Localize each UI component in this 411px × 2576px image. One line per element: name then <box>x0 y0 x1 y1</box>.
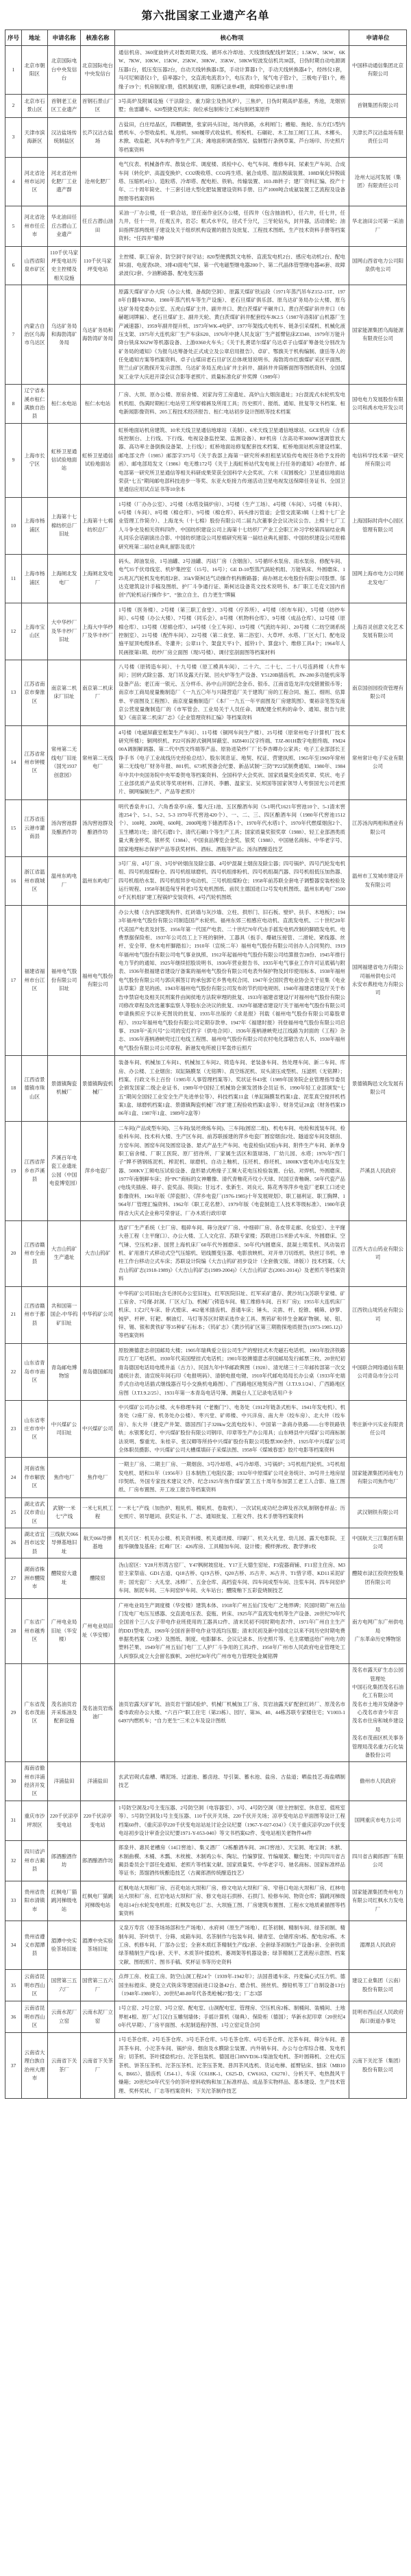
row-no: 29 <box>5 1664 22 1762</box>
row-applicant: 枣庄新中兴实业有限责任公司 <box>349 1401 407 1458</box>
header-approved-name: 核准名称 <box>81 30 115 46</box>
row-apply-name: 共和国第一国企-中华钨矿旧址 <box>48 1286 81 1343</box>
row-no: 18 <box>5 1056 22 1122</box>
table-row: 37云南省大理白族自治州大理市云南省下关茶厂云南省下关茶厂1号毛茶仓库、2号毛茶… <box>5 2033 407 2099</box>
row-approved-name: 云南省下关茶厂 <box>81 2033 115 2099</box>
table-row: 1北京市朝阳区北京国际电台中央发信台北京国际电台中央发信台通信机房、360度旋转… <box>5 46 407 95</box>
row-no: 14 <box>5 725 22 799</box>
row-core-items: 原胶澳德意志帝国邮局大楼；1905年瑞典爱立信公司生产的壁挂式木壳磁石电话机、1… <box>115 1343 349 1400</box>
row-apply-name: 红枫电厂猫跳河梯级电站 <box>48 1881 81 1921</box>
row-region: 上海市长宁区 <box>22 423 48 497</box>
row-apply-name: 桓仁水电站 <box>48 385 81 424</box>
row-apply-name: 上海闸北发电厂 <box>48 554 81 603</box>
row-apply-name: 北京国际电台中央发信台 <box>48 46 81 95</box>
row-region: 福建省福州市台江区 <box>22 905 48 1055</box>
row-applicant: 国网重庆市电力公司 <box>349 1801 407 1841</box>
row-applicant: 四川省古蔺郎酒厂有限公司 <box>349 1841 407 1881</box>
row-region: 北京市石景山区 <box>22 94 48 117</box>
row-region: 云南省昆明市西山区 <box>22 2001 48 2033</box>
row-approved-name: 一米七轧机工程 <box>81 1497 115 1528</box>
row-applicant: 国网福建省电力有限公司福州供电公司 永安市燕桂电力有限公司 <box>349 905 407 1055</box>
table-row: 18江西省景德镇市珠山区景德镇陶瓷机械厂景德镇陶瓷机械厂装备车间、机械加工车间1… <box>5 1056 407 1122</box>
row-approved-name: 大吉山钨矿 <box>81 1220 115 1286</box>
row-approved-name: 福州电气股份有限公司 <box>81 905 115 1055</box>
row-approved-name: 萍乡电瓷厂 <box>81 1121 115 1220</box>
table-row: 2北京市石景山区首钢老工业区工业遗产首钢石景山厂区3号高炉及附属设施（干法除尘、… <box>5 94 407 117</box>
row-no: 1 <box>5 46 22 95</box>
row-no: 16 <box>5 856 22 905</box>
table-row: 4河北省沧州市运河区河北省沧州化肥厂工业遗产群沧州化肥厂电气仪表、机械备件库、散… <box>5 158 407 206</box>
row-core-items: 点焊工房、校直工房、防空山洞工程24个（1939年-1942年）；法国普通车床、… <box>115 1970 349 2001</box>
table-row: 29广东省茂名市茂南区茂名油页岩开采炼油及配套设施茂名油页岩炼油厂油页岩露天矿矿… <box>5 1664 407 1762</box>
row-applicant: 茂名市露天矿生态公园管理处 中国石化集团茂名石油化工有限公司 茂名市土地开发储备… <box>349 1664 407 1762</box>
row-approved-name: 上海闸北发电厂 <box>81 554 115 603</box>
row-region: 云南省大理白族自治州大理市 <box>22 2033 48 2099</box>
row-region: 重庆市沙坪坝区 <box>22 1801 48 1841</box>
row-applicant: 儋州市人民政府 <box>349 1762 407 1801</box>
table-row: 28广东省广州市越秀区广州电业局旧址（华安楼）广州电业局旧址（华安楼）广州电业局… <box>5 1598 407 1664</box>
row-no: 13 <box>5 660 22 726</box>
heritage-table: 序号 地址 申请名称 核准名称 核心物项 申请单位 1北京市朝阳区北京国际电台中… <box>5 29 407 2099</box>
row-region: 河南省焦作市解放区 <box>22 1458 48 1498</box>
row-approved-name: 焦作电厂 <box>81 1458 115 1498</box>
row-applicant: 江西大吉山钨业有限公司 <box>349 1220 407 1286</box>
row-no: 11 <box>5 554 22 603</box>
table-row: 27湖南省株洲市醴陵市醴陵窑大遗址醴陵窑沩山窑区：Y28月形湾古窑厂、Y47枫树… <box>5 1558 407 1599</box>
row-region: 江西省萍乡市芦溪县 <box>22 1121 48 1220</box>
heritage-table-body: 1北京市朝阳区北京国际电台中央发信台北京国际电台中央发信台通信机房、360度旋转… <box>5 46 407 2099</box>
table-row: 10上海市杨浦区上海第十七棉纺织总厂旧址上海第十七棉纺织总厂1号楼（厂办办公室）… <box>5 497 407 554</box>
row-core-items: 3号厂房、4号厂房、3号炉砖烟囱及除尘器、4号炉混凝土烟囱及除尘器；四号锅炉、四… <box>115 856 349 905</box>
row-approved-name: 虹桥卫星通信试验地面站 <box>81 423 115 497</box>
row-no: 23 <box>5 1401 22 1458</box>
row-no: 17 <box>5 905 22 1055</box>
row-region: 湖北省武汉市青山区 <box>22 1497 48 1528</box>
table-row: 30海南省儋州市洋浦经济开发区洋浦盐田洋浦盐田玄武岩砚式盐槽、晒泥场、过滤池、蓄… <box>5 1762 407 1801</box>
row-region: 北京市朝阳区 <box>22 46 48 95</box>
row-core-items: 主控楼、职工宿舍、防空洞守岗守站；820型便携凯文电桥、直流发电机2台、感应电动… <box>115 246 349 285</box>
row-approved-name: 洋浦盐田 <box>81 1762 115 1801</box>
row-applicant: 常州常计电子实业有限公司 <box>349 725 407 799</box>
row-core-items: 选矿厂生产系统（主厂房、粗碎车间、筛分洗矿厂房、中细碎厂房、各皮带走廊、化验室）… <box>115 1220 349 1286</box>
row-apply-name: 三线航天066导弹基地旧址 <box>48 1528 81 1558</box>
table-row: 17福建省福州市台江区福州电气股份有限公司旧址福州电气股份有限公司办公大楼（含内… <box>5 905 407 1055</box>
row-core-items: 采油一厂办公楼，任一联合站，原任南作业区办公楼，任四井（包含抽油机），任六井，任… <box>115 206 349 247</box>
row-applicant: 江西铁山垅钨业有限公司 <box>349 1286 407 1343</box>
row-apply-name: 福州电气股份有限公司旧址 <box>48 905 81 1055</box>
row-region: 贵州省贵阳市清镇市 <box>22 1881 48 1921</box>
row-apply-name: 茂名油页岩开采炼油及配套设施 <box>48 1664 81 1762</box>
row-no: 32 <box>5 1841 22 1881</box>
row-apply-name: 焦作电厂 <box>48 1458 81 1498</box>
table-row: 16浙江省温州市鹿城区温州东屿电厂温州东屿电厂3号厂房、4号厂房、3号炉砖烟囱及… <box>5 856 407 905</box>
row-applicant: 中国航天三江集团有限公司 <box>349 1528 407 1558</box>
row-applicant: 国电电力发展股份有限公司和禹水电开发公司 <box>349 385 407 424</box>
row-approved-name: 云南水泥厂立窑 <box>81 2001 115 2033</box>
row-no: 21 <box>5 1286 22 1343</box>
row-core-items: 八号楼（原铸造车间）、十九号楼（原工模具车间）、二十六、二十七、二十八号连跨楼（… <box>115 660 349 726</box>
table-row: 19江西省萍乡市芦溪县芦溪百年电瓷工业遗址公园（中国电瓷博览园）萍乡电瓷厂二车间… <box>5 1121 407 1220</box>
row-apply-name: 景德镇陶瓷机械厂 <box>48 1056 81 1122</box>
row-applicant: 华北油田公司第一采油厂 <box>349 206 407 247</box>
row-no: 2 <box>5 94 22 117</box>
row-no: 9 <box>5 423 22 497</box>
row-region: 上海市宝山区 <box>22 603 48 660</box>
table-row: 26湖北省宜昌市远安县三线航天066导弹基地旧址航天066导弹基地机关片区：机关… <box>5 1528 407 1558</box>
row-core-items: 郎泉井、惠民老槽房（14口窖池）、集义酒厂（2栋酿酒车间、28口窖池）、天宝洞、… <box>115 1841 349 1881</box>
row-region: 江西省赣州市于都县 <box>22 1286 48 1343</box>
row-approved-name: 醴陵窑 <box>81 1558 115 1599</box>
row-no: 25 <box>5 1497 22 1528</box>
row-region: 江西省景德镇市珠山区 <box>22 1056 48 1122</box>
row-apply-name: 青岛邮电博物馆 <box>48 1343 81 1400</box>
row-core-items: 装备车间、机械加工车间1、机械加工车间2、铸造车间、老装备车间、热处理车间、新二… <box>115 1056 349 1122</box>
row-approved-name: 广州电业局旧址（华安楼） <box>81 1598 115 1664</box>
row-apply-name: 郎酒酿酒作坊 <box>48 1841 81 1881</box>
table-header-row: 序号 地址 申请名称 核准名称 核心物项 申请单位 <box>5 30 407 46</box>
table-row: 33贵州省贵阳市清镇市红枫电厂猫跳河梯级电站红枫电厂猫跳河梯级电站红枫电站大坝和… <box>5 1881 407 1921</box>
row-region: 广东省茂名市茂南区 <box>22 1664 48 1762</box>
row-region: 四川省泸州市古蔺县 <box>22 1841 48 1881</box>
row-apply-name: 广州电业局旧址（华安楼） <box>48 1598 81 1664</box>
row-approved-name: 上海大中华纱厂及华丰纱厂 <box>81 603 115 660</box>
row-apply-name: 醴陵窑大遗址 <box>48 1558 81 1599</box>
row-region: 湖北省宜昌市远安县 <box>22 1528 48 1558</box>
row-core-items: 3号高炉及附属设施（干法除尘、重力除尘及热风炉），三焦炉，日伪时期高炉基座，秀池… <box>115 94 349 117</box>
row-core-items: 中华钨矿公司旧址(含毛泽民办公室旧址)、红军医院旧址、红军采矿遗存、黄沙坑口(苏… <box>115 1286 349 1343</box>
table-row: 13江苏省南京市秦淮区南京第二机床厂旧址南京第二机床厂八号楼（原铸造车间）、十九… <box>5 660 407 726</box>
row-no: 5 <box>5 206 22 247</box>
row-apply-name: 大吉山钨矿生产遗址 <box>48 1220 81 1286</box>
row-no: 35 <box>5 1970 22 2001</box>
row-approved-name: 汤沟窖池群及酿酒作坊 <box>81 799 115 856</box>
table-row: 20江西省赣州市全南县大吉山钨矿生产遗址大吉山钨矿选矿厂生产系统（主厂房、粗碎车… <box>5 1220 407 1286</box>
row-no: 3 <box>5 117 22 158</box>
row-approved-name: 桓仁水电站 <box>81 385 115 424</box>
row-no: 34 <box>5 1921 22 1970</box>
row-applicant: 上海国际时尚中心园区管理有限公司 <box>349 497 407 554</box>
row-no: 27 <box>5 1558 22 1599</box>
row-core-items: 中兴煤矿公司办公楼、火车修理车间（“老衡门”）、电务处（1912年链条式桁车、1… <box>115 1401 349 1458</box>
row-approved-name: 220千伏凉亭变电站 <box>81 1801 115 1841</box>
row-approved-name: 青岛德国邮局 <box>81 1343 115 1400</box>
row-apply-name: 南京第二机床厂旧址 <box>48 660 81 726</box>
table-row: 11上海市杨浦区上海闸北发电厂上海闸北发电厂码头、卸油泵房、1号油罐、2号油罐、… <box>5 554 407 603</box>
row-core-items: 1号楼（医务楼）、2号楼（第三职工食堂）、3号楼（疗养所）、4号楼（织布车间）、… <box>115 603 349 660</box>
row-region: 贵州省遵义市湄潭县 <box>22 1921 48 1970</box>
row-apply-name: 中兴煤矿公司旧址 <box>48 1401 81 1458</box>
row-apply-name: 110千伏马家坪变电站历史主控楼及相关设施 <box>48 246 81 285</box>
row-region: 天津市滨海新区 <box>22 117 48 158</box>
row-applicant: 南方电网广东广州供电局 广东革命历史博物馆 <box>349 1598 407 1664</box>
header-applicant: 申请单位 <box>349 30 407 46</box>
row-apply-name: 洋浦盐田 <box>48 1762 81 1801</box>
row-region: 河北省沧州市任丘市 <box>22 206 48 247</box>
row-no: 30 <box>5 1762 22 1801</box>
row-region: 山东省青岛市市南区 <box>22 1343 48 1400</box>
table-row: 21江西省赣州市于都县共和国第一国企-中华钨矿旧址中华钨矿公司中华钨矿公司旧址(… <box>5 1286 407 1343</box>
row-region: 辽宁省本溪市桓仁满族自治县 <box>22 385 48 424</box>
row-region: 湖南省株洲市醴陵市 <box>22 1558 48 1599</box>
row-apply-name: 云南省下关茶厂 <box>48 2033 81 2099</box>
row-region: 浙江省温州市鹿城区 <box>22 856 48 905</box>
row-no: 24 <box>5 1458 22 1498</box>
row-no: 36 <box>5 2001 22 2033</box>
row-no: 28 <box>5 1598 22 1664</box>
row-region: 山东省枣庄市市中区 <box>22 1401 48 1458</box>
row-region: 山西省阳泉市矿区 <box>22 246 48 285</box>
row-core-items: 广州电业局生产调度楼（华安楼）建筑本体、1918年广州五仙门发电厂之地界碑；民国… <box>115 1598 349 1664</box>
row-approved-name: 景德镇陶瓷机械厂 <box>81 1056 115 1122</box>
row-approved-name: 沧州化肥厂 <box>81 158 115 206</box>
table-row: 24河南省焦作市解放区焦作电厂焦作电厂一期主厂房、二期主厂房、一期烟囱、3号冷却… <box>5 1458 407 1498</box>
row-region: 江苏省常州市钟楼区 <box>22 725 48 799</box>
row-applicant: 首钢集团有限公司 <box>349 94 407 117</box>
row-core-items: “一米七”产线（加热炉、粗轧机、精轧机、卷取机）、一次试轧成功纪念碑及首次轧制钢… <box>115 1497 349 1528</box>
row-applicant: 武汉钢铁有限公司 <box>349 1497 407 1528</box>
table-row: 31重庆市沙坪坝区220千伏凉亭变电站220千伏凉亭变电站1号防空洞及2号主变压… <box>5 1801 407 1841</box>
row-core-items: 油页岩露天矿矿坑、油页岩干馏试验炉、机械厂机械加工厂房、页岩油露天矿配套红砖厂、… <box>115 1664 349 1762</box>
row-applicant: 沧州大运河发展（集团）有限责任公司 <box>349 158 407 206</box>
row-no: 19 <box>5 1121 22 1220</box>
row-core-items: 虹桥地面站机房建筑、10米天线卫星通信地球站（美制）、6米天线卫星通信地球站、G… <box>115 423 349 497</box>
row-core-items: 义泉万寿宫（原茶场场部和生产场地）、水府祠（原生产场地）、红茶初制、精制车间、绿… <box>115 1921 349 1970</box>
row-core-items: 电气仪表、机械备件库、散装仓库、调度楼、质检中心、电气车间、维修车间、尿素生产车… <box>115 158 349 206</box>
table-row: 35云南省昆明市西山区国营第三五六厂国营第三五六厂点焊工房、校直工房、防空山洞工… <box>5 1970 407 2001</box>
row-apply-name: 上海第十七棉纺织总厂旧址 <box>48 497 81 554</box>
row-no: 15 <box>5 799 22 856</box>
row-approved-name: 上海第十七棉纺织总厂 <box>81 497 115 554</box>
row-region: 上海市杨浦区 <box>22 497 48 554</box>
row-apply-name: 温州东屿电厂 <box>48 856 81 905</box>
row-applicant: 南京国创园投资管理有限公司 <box>349 660 407 726</box>
row-core-items: 1号楼（厂办办公室）、2号楼（水塔及锅炉房）、3号楼（生产工场）、4号楼（车间）… <box>115 497 349 554</box>
row-no: 37 <box>5 2033 22 2099</box>
row-applicant: 中国移动通信集团北京有限公司 <box>349 46 407 95</box>
header-core-items: 核心物项 <box>115 30 349 46</box>
row-core-items: 机关片区：机关办公楼、机关资料楼、机关通讯楼、印刷厂、机关大礼堂、幼儿园、露天电… <box>115 1528 349 1558</box>
row-applicant: 国网山西省电力公司阳泉供电公司 <box>349 246 407 285</box>
row-approved-name: 常州第二无线电厂 <box>81 725 115 799</box>
row-apply-name: 湄潭中央实验茶场旧址 <box>48 1921 81 1970</box>
row-applicant: 湄潭县人民政府 <box>349 1921 407 1970</box>
row-core-items: 明代香泉井1口、六角香泉亭1座、鏊大汪1池、五区酿酒车间（5-1明代1621年窖… <box>115 799 349 856</box>
row-apply-name: 国营第三五六厂 <box>48 1970 81 2001</box>
table-row: 25湖北省武汉市青山区武钢“一米七”产线一米七轧机工程“一米七”产线（加热炉、粗… <box>5 1497 407 1528</box>
row-no: 7 <box>5 285 22 385</box>
header-no: 序号 <box>5 30 22 46</box>
row-applicant: 国家能源集团贵州电力有限公司红枫水力发电厂 <box>349 1881 407 1921</box>
row-applicant: 天津长芦汉沽盐场有限责任公司 <box>349 117 407 158</box>
table-row: 22山东省青岛市市南区青岛邮电博物馆青岛德国邮局原胶澳德意志帝国邮局大楼；190… <box>5 1343 407 1400</box>
row-apply-name: 汤沟窖池群及酿酒作坊 <box>48 799 81 856</box>
row-no: 31 <box>5 1801 22 1841</box>
row-no: 33 <box>5 1881 22 1921</box>
row-region: 江西省赣州市全南县 <box>22 1220 48 1286</box>
row-core-items: 1号防空洞及2号主变压器、2号防空洞（电容器室）、3号、4号防空洞（原主控制室、… <box>115 1801 349 1841</box>
row-core-items: 原露天煤矿矿办大院（办公大楼、备战防空洞）、原露天煤矿铁运段（1971年蒸汽吊车… <box>115 285 349 385</box>
row-approved-name: 长芦汉沽古盐场 <box>81 117 115 158</box>
row-apply-name: 芦溪百年电瓷工业遗址公园（中国电瓷博览园） <box>48 1121 81 1220</box>
row-approved-name: 110千伏马家坪变电站 <box>81 246 115 285</box>
row-applicant: 昆明市西山区人民政府海口街道办事处 <box>349 2001 407 2033</box>
row-approved-name: 温州东屿电厂 <box>81 856 115 905</box>
row-applicant: 电信科学技术第一研究所有限公司 <box>349 423 407 497</box>
table-row: 15江苏省连云港市灌南县汤沟窖池群及酿酒作坊汤沟窖池群及酿酒作坊明代香泉井1口、… <box>5 799 407 856</box>
row-approved-name: 国营第三五六厂 <box>81 1970 115 2001</box>
table-row: 6山西省阳泉市矿区110千伏马家坪变电站历史主控楼及相关设施110千伏马家坪变电… <box>5 246 407 285</box>
row-region: 河北省沧州市运河区 <box>22 158 48 206</box>
row-apply-name: 华北油田任丘古潜山工业遗产 <box>48 206 81 247</box>
row-no: 4 <box>5 158 22 206</box>
row-applicant: 醴陵市渌江投资控股集团有限公司 <box>349 1558 407 1599</box>
table-row: 5河北省沧州市任丘市华北油田任丘古潜山工业遗产任丘古潜山油田采油一厂办公楼，任一… <box>5 206 407 247</box>
row-no: 12 <box>5 603 22 660</box>
row-applicant: 云南下关沱茶（集团）股份有限公司 <box>349 2033 407 2099</box>
row-region: 江苏省南京市秦淮区 <box>22 660 48 726</box>
row-apply-name: 常州第二无线电厂旧址（国光1937创意园） <box>48 725 81 799</box>
row-region: 云南省昆明市西山区 <box>22 1970 48 2001</box>
row-approved-name: 中兴煤矿公司 <box>81 1401 115 1458</box>
row-applicant: 芦溪县人民政府 <box>349 1121 407 1220</box>
row-no: 6 <box>5 246 22 285</box>
header-apply-name: 申请名称 <box>48 30 81 46</box>
row-core-items: 1号毛茶仓库、2号毛茶仓库、3号毛茶仓库、5号毛茶仓库、6号毛茶仓库、沱茶车间、… <box>115 2033 349 2099</box>
row-approved-name: 湄潭中央实验茶场旧址 <box>81 1921 115 1970</box>
document-page: 第六批国家工业遗产名单 序号 地址 申请名称 核准名称 核心物项 申请单位 1北… <box>0 0 411 2576</box>
row-apply-name: 云南水泥厂立窑 <box>48 2001 81 2033</box>
row-apply-name: 汉沽盐场传统制盐区 <box>48 117 81 158</box>
row-approved-name: 南京第二机床厂 <box>81 660 115 726</box>
row-apply-name: 大中华纱厂及华丰纱厂旧址 <box>48 603 81 660</box>
table-row: 23山东省枣庄市市中区中兴煤矿公司旧址中兴煤矿公司中兴煤矿公司办公楼、火车修理车… <box>5 1401 407 1458</box>
row-core-items: 沩山窑区：Y28月形湾古窑厂、Y47枫树坡窑址、Y17王大德生窑址、F3瓷器商铺… <box>115 1558 349 1599</box>
row-region: 海南省儋州市洋浦经济开发区 <box>22 1762 48 1801</box>
row-region: 江苏省连云港市灌南县 <box>22 799 48 856</box>
row-region: 内蒙古自治区乌海市乌达区 <box>22 285 48 385</box>
row-approved-name: 航天066导弹基地 <box>81 1528 115 1558</box>
row-core-items: 办公大楼（含内部建筑构件、红砖墙与灰沙墙、立柱、拱形门、旧石板、壁炉、扶手、木地… <box>115 905 349 1055</box>
row-approved-name: 郎酒酿酒作坊 <box>81 1841 115 1881</box>
row-core-items: 通信机房、360度旋转式对数周期天线、循环水冷却池、天线馈线配线杆架区；1.5K… <box>115 46 349 95</box>
row-apply-name: 虹桥卫星通信试验地面站 <box>48 423 81 497</box>
row-apply-name: 乌达矿务局和海勃湾矿务局 <box>48 285 81 385</box>
table-row: 9上海市长宁区虹桥卫星通信试验地面站虹桥卫星通信试验地面站虹桥地面站机房建筑、1… <box>5 423 407 497</box>
table-row: 34贵州省遵义市湄潭县湄潭中央实验茶场旧址湄潭中央实验茶场旧址义泉万寿宫（原茶场… <box>5 1921 407 1970</box>
row-applicant: 景德镇陶邑文化发展有限公司 <box>349 1056 407 1122</box>
row-applicant: 江苏汤沟两相和酒业有限公司 <box>349 799 407 856</box>
row-approved-name: 茂名油页岩炼油厂 <box>81 1664 115 1762</box>
row-applicant: 中国联合网络通信有限公司青岛市分公司 <box>349 1343 407 1400</box>
row-core-items: 红枫电站大坝和厂房、百花电站大坝和厂房、修文电站大坝和厂房、窄巷口电站大坝和厂房… <box>115 1881 349 1921</box>
table-row: 36云南省昆明市西山区云南水泥厂立窑云南水泥厂立窑1号立窑、2号立窑、3号立窑、… <box>5 2001 407 2033</box>
header-region: 地址 <box>22 30 48 46</box>
table-row: 3天津市滨海新区汉沽盐场传统制盐区长芦汉沽古盐场古盐田，白庄结晶区，四棚碉堡，张… <box>5 117 407 158</box>
row-applicant: 温州市工发城市建设开发有限公司 <box>349 856 407 905</box>
row-core-items: 码头、卸油泵房、1号油罐、2号油罐、丙站厂房（含烟囱）、5号循环水泵房、雨水泵房… <box>115 554 349 603</box>
row-apply-name: 220千伏凉亭变电站 <box>48 1801 81 1841</box>
row-approved-name: 任丘古潜山油田 <box>81 206 115 247</box>
row-applicant: 上海吾灵创意文化艺术发展有限公司 <box>349 603 407 660</box>
row-applicant: 国网上海市电力公司闸北发电厂 <box>349 554 407 603</box>
row-core-items: 二车间(产品成型车间)、三车间(装坯烧炼车间)、三车间(圆窑二组)、机电车间、电… <box>115 1121 349 1220</box>
row-region: 广东省广州市越秀区 <box>22 1598 48 1664</box>
row-approved-name: 乌达矿务局和海勃湾矿务局 <box>81 285 115 385</box>
row-approved-name: 北京国际电台中央发信台 <box>81 46 115 95</box>
row-no: 26 <box>5 1528 22 1558</box>
row-apply-name: 河北省沧州化肥厂工业遗产群 <box>48 158 81 206</box>
table-row: 7内蒙古自治区乌海市乌达区乌达矿务局和海勃湾矿务局乌达矿务局和海勃湾矿务局原露天… <box>5 285 407 385</box>
row-approved-name: 首钢石景山厂区 <box>81 94 115 117</box>
row-apply-name: 首钢老工业区工业遗产 <box>48 94 81 117</box>
row-no: 10 <box>5 497 22 554</box>
row-no: 20 <box>5 1220 22 1286</box>
row-no: 22 <box>5 1343 22 1400</box>
row-core-items: 一期主厂房、二期主厂房、一期烟囱、3号冷却塔、4号冷却塔、3号锅炉；3号机组汽轮… <box>115 1458 349 1498</box>
row-applicant: 建设工业集团（云南）股份有限公司 <box>349 1970 407 2001</box>
table-row: 14江苏省常州市钟楼区常州第二无线电厂旧址（国光1937创意园）常州第二无线电厂… <box>5 725 407 799</box>
row-applicant: 国家能源集团乌海能源有限责任公司 <box>349 285 407 385</box>
row-no: 8 <box>5 385 22 424</box>
row-region: 上海市杨浦区 <box>22 554 48 603</box>
row-core-items: 4号楼（电磁屏蔽室框架生产车间）、11号楼（铜网车间生产楼）、25号楼（原常州电… <box>115 725 349 799</box>
row-apply-name: 武钢“一米七”产线 <box>48 1497 81 1528</box>
table-row: 32四川省泸州市古蔺县郎酒酿酒作坊郎酒酿酒作坊郎泉井、惠民老槽房（14口窖池）、… <box>5 1841 407 1881</box>
row-core-items: 古盐田，白庄结晶区，四棚碉堡，张家码头旧址，场内铁路，水利闸门；槽船、拖轮、东方… <box>115 117 349 158</box>
row-approved-name: 中华钨矿公司 <box>81 1286 115 1343</box>
table-row: 12上海市宝山区大中华纱厂及华丰纱厂旧址上海大中华纱厂及华丰纱厂1号楼（医务楼）… <box>5 603 407 660</box>
row-approved-name: 红枫电厂猫跳河梯级电站 <box>81 1881 115 1921</box>
page-title: 第六批国家工业遗产名单 <box>5 7 406 23</box>
table-row: 8辽宁省本溪市桓仁满族自治县桓仁水电站桓仁水电站厂房、大坝、原办公楼、原宿舍楼、… <box>5 385 407 424</box>
row-applicant: 国家能源集团河南电力有限公司焦作电厂 <box>349 1458 407 1498</box>
row-core-items: 厂房、大坝、原办公楼、原宿舍楼、刘家沟劳工房遗址、高炉山大烟囱遗址；3台混流式水… <box>115 385 349 424</box>
row-core-items: 1号立窑、2号立窑、3号立窑、配电室、山洞配电室、管理房、空压机房2栋、制桶间、… <box>115 2001 349 2033</box>
row-core-items: 玄武岩砚式盐槽、晒泥场、过滤池、蓄卤池、导引渠、蓄水池、盐房、古盐道；晒盐技艺-… <box>115 1762 349 1801</box>
